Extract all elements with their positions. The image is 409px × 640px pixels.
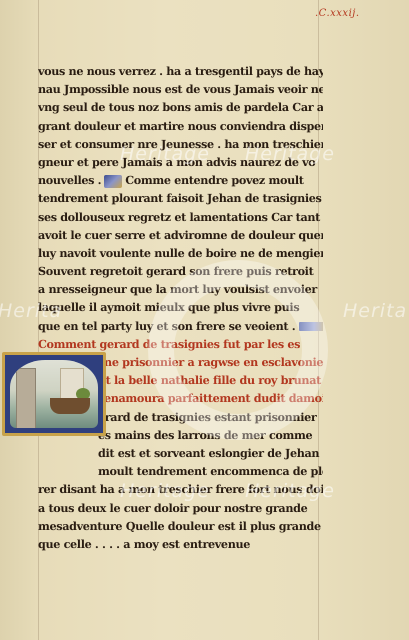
watermark-text-right: Herita — [343, 300, 407, 322]
text-line: a tous deux le cuer doloir pour nostre g… — [38, 499, 323, 517]
decorated-initial-icon — [104, 175, 122, 188]
text-line: vous ne nous verrez . ha a tresgentil pa… — [38, 62, 323, 80]
text-line: vng seul de tous noz bons amis de pardel… — [38, 98, 323, 116]
text-line: luy navoit voulente nulle de boire ne de… — [38, 244, 323, 262]
text-line: rer disant ha a mon treschier frere fort… — [38, 480, 323, 498]
text-line: dit est et sorveant eslongier de Jehan s… — [38, 444, 323, 462]
text-line: laquelle il aymoit mieulx que plus vivre… — [38, 298, 323, 316]
text-line: ser et consumer nre Jeunesse . ha mon tr… — [38, 135, 323, 153]
text-line: que en tel party luy et son frere se veo… — [38, 317, 323, 335]
tower-icon — [16, 368, 36, 428]
historiated-initial-miniature — [2, 352, 106, 436]
text-column: vous ne nous verrez . ha a tresgentil pa… — [38, 62, 323, 553]
text-line: a nresseigneur que la mort luy voulsist … — [38, 280, 323, 298]
text-line: avoit le cuer serre et adviromne de doul… — [38, 226, 323, 244]
ship-scene — [10, 360, 98, 428]
text-line: ses dollouseux regretz et lamentations C… — [38, 208, 323, 226]
text-line: nau Jmpossible nous est de vous Jamais v… — [38, 80, 323, 98]
manuscript-page: .C.xxxij. vous ne nous verrez . ha a tre… — [0, 0, 409, 640]
text-line: Souvent regretoit gerard son frere puis … — [38, 262, 323, 280]
folio-number: .C.xxxij. — [315, 8, 360, 19]
text-line: moult tendrement encommenca de plou — [38, 462, 323, 480]
rubric-line: Comment gerard de trasignies fut par les… — [38, 335, 323, 353]
ship-icon — [50, 398, 90, 414]
text-line: mesadventure Quelle douleur est il plus … — [38, 517, 323, 535]
line-filler-icon — [299, 322, 323, 331]
text-line: grant douleur et martire nous conviendra… — [38, 117, 323, 135]
text-line: tendrement plourant faisoit Jehan de tra… — [38, 189, 323, 207]
text-line: que celle . . . . a moy est entrevenue — [38, 535, 323, 553]
text-line: gneur et pere Jamais a mon advis naurez … — [38, 153, 323, 171]
text-line: nouvelles .Comme entendre povez moult — [38, 171, 323, 189]
